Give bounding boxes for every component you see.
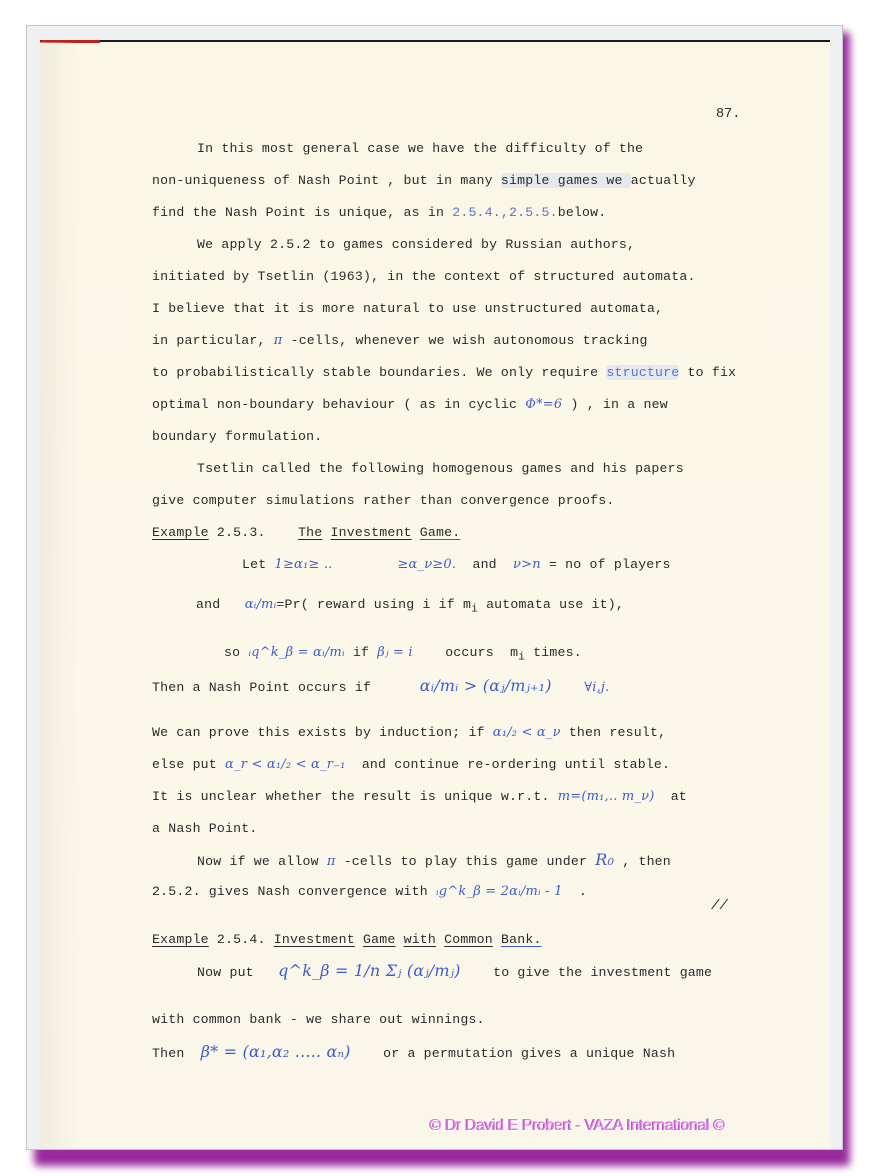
copyright-watermark: © Dr David E Probert - VAZA Internationa… (430, 1117, 725, 1135)
para4-line1: Now if we allow π -cells to play this ga… (197, 852, 671, 870)
proof-line4: a Nash Point. (152, 821, 257, 837)
proof-line2: else put α_r < α₁/₂ < α_r₋₁ and continue… (152, 757, 670, 773)
para2-line3: I believe that it is more natural to use… (152, 301, 663, 317)
section-ref: 2.5.4.,2.5.5. (452, 205, 557, 220)
proof-line3: It is unclear whether the result is uniq… (152, 789, 687, 805)
para3-line1: Tsetlin called the following homogenous … (197, 461, 684, 477)
para2-line5: to probabilistically stable boundaries. … (152, 365, 736, 381)
para2-line1: We apply 2.5.2 to games considered by Ru… (197, 237, 635, 253)
example-254-heading: Example 2.5.4. Investment Game with Comm… (152, 932, 542, 948)
para1-line1: In this most general case we have the di… (197, 141, 643, 157)
nash-point-line: Then a Nash Point occurs if αᵢ/mᵢ > (αⱼ/… (152, 678, 610, 696)
end-of-proof-mark: // (711, 898, 728, 914)
para4-line2: 2.5.2. gives Nash convergence with ᵢg^k_… (152, 884, 587, 900)
nowput-line: Now put q^k_β = 1/n Σⱼ (αⱼ/mⱼ) to give t… (197, 963, 712, 981)
common-bank-line: with common bank - we share out winnings… (152, 1012, 485, 1028)
so-line: so ᵢq^k_β = αᵢ/mᵢ if βⱼ = i occurs mi ti… (224, 645, 582, 666)
para2-line4: in particular, π -cells, whenever we wis… (152, 333, 648, 349)
para1-line2: non-uniqueness of Nash Point , but in ma… (152, 173, 696, 189)
para2-line6: optimal non-boundary behaviour ( as in c… (152, 397, 668, 413)
handwritten-phi: Φ*=6 (525, 397, 562, 412)
let-line: Let 1≥α₁≥ .. ≥α_ν≥0. and ν>n = no of pla… (242, 557, 671, 573)
proof-line1: We can prove this exists by induction; i… (152, 725, 666, 741)
example-253-heading: Example 2.5.3. The Investment Game. (152, 525, 460, 541)
and-line: and αᵢ/mᵢ=Pr( reward using i if mi autom… (196, 597, 624, 618)
para2-line2: initiated by Tsetlin (1963), in the cont… (152, 269, 696, 285)
para1-line3: find the Nash Point is unique, as in 2.5… (152, 205, 606, 221)
para2-line7: boundary formulation. (152, 429, 322, 445)
para3-line2: give computer simulations rather than co… (152, 493, 615, 509)
page-number: 87. (716, 107, 740, 122)
then-line: Then β* = (α₁,α₂ ..... αₙ) or a permutat… (152, 1044, 675, 1062)
